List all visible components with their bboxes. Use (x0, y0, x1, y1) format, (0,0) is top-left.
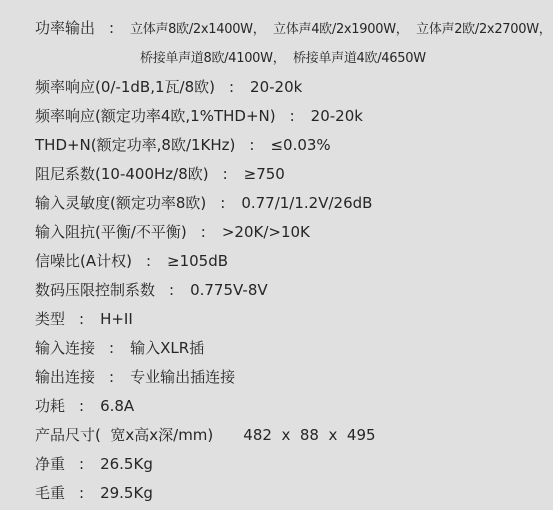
spec-row: 功率输出:立体声8欧/2x1400W， 立体声4欧/2x1900W， 立体声2欧… (35, 14, 553, 73)
spec-separator: : (290, 107, 295, 125)
spec-label: 信噪比(A计权) (35, 252, 132, 270)
spec-value: ≤0.03% (270, 136, 330, 154)
spec-row: 产品尺寸( 宽x高x深/mm)482 x 88 x 495 (35, 421, 553, 450)
spec-row: 阻尼系数(10-400Hz/8欧):≥750 (35, 160, 553, 189)
spec-separator: : (146, 252, 151, 270)
spec-row: 输入连接:输入XLR插 (35, 334, 553, 363)
spec-value: 26.5Kg (100, 455, 153, 473)
spec-value: 6.8A (100, 397, 134, 415)
spec-separator: : (79, 455, 84, 473)
spec-separator: : (223, 165, 228, 183)
spec-separator: : (249, 136, 254, 154)
spec-label: 数码压限控制系数 (35, 281, 155, 299)
spec-value: ≥750 (244, 165, 285, 183)
spec-separator: : (79, 310, 84, 328)
spec-separator: : (109, 339, 114, 357)
spec-label: 功率输出 (35, 19, 95, 37)
spec-row: 频率响应(额定功率4欧,1%THD+N):20-20k (35, 102, 553, 131)
spec-row: 类型:H+II (35, 305, 553, 334)
spec-separator: : (109, 19, 114, 37)
spec-row: 数码压限控制系数:0.775V-8V (35, 276, 553, 305)
spec-value: 20-20k (250, 78, 302, 96)
spec-row: 信噪比(A计权):≥105dB (35, 247, 553, 276)
spec-label: 输入连接 (35, 339, 95, 357)
spec-separator: : (79, 484, 84, 502)
spec-separator: : (79, 397, 84, 415)
spec-label: 净重 (35, 455, 65, 473)
spec-label: 产品尺寸( 宽x高x深/mm) (35, 426, 213, 444)
spec-label: 输入阻抗(平衡/不平衡) (35, 223, 187, 241)
spec-label: THD+N(额定功率,8欧/1KHz) (35, 136, 235, 154)
spec-value: 20-20k (311, 107, 363, 125)
spec-row: 输入灵敏度(额定功率8欧):0.77/1/1.2V/26dB (35, 189, 553, 218)
spec-label: 毛重 (35, 484, 65, 502)
spec-value: 482 x 88 x 495 (243, 426, 375, 444)
spec-separator: : (201, 223, 206, 241)
spec-value: >20K/>10K (222, 223, 310, 241)
spec-label: 频率响应(0/-1dB,1瓦/8欧) (35, 78, 215, 96)
spec-value: H+II (100, 310, 133, 328)
spec-label: 频率响应(额定功率4欧,1%THD+N) (35, 107, 276, 125)
spec-value: 29.5Kg (100, 484, 153, 502)
spec-label: 功耗 (35, 397, 65, 415)
spec-row: 净重:26.5Kg (35, 450, 553, 479)
spec-value: ≥105dB (167, 252, 228, 270)
spec-separator: : (229, 78, 234, 96)
spec-value: 立体声8欧/2x1400W， 立体声4欧/2x1900W， 立体声2欧/2x27… (130, 22, 551, 37)
spec-row: 毛重:29.5Kg (35, 479, 553, 508)
spec-sheet: 功率输出:立体声8欧/2x1400W， 立体声4欧/2x1900W， 立体声2欧… (0, 0, 553, 508)
spec-row: 功耗:6.8A (35, 392, 553, 421)
spec-value: 输入XLR插 (130, 339, 204, 357)
spec-separator: : (169, 281, 174, 299)
spec-label: 阻尼系数(10-400Hz/8欧) (35, 165, 209, 183)
spec-label: 类型 (35, 310, 65, 328)
spec-separator: : (109, 368, 114, 386)
spec-row: 输入阻抗(平衡/不平衡):>20K/>10K (35, 218, 553, 247)
spec-value: 0.775V-8V (190, 281, 268, 299)
spec-row: 频率响应(0/-1dB,1瓦/8欧):20-20k (35, 73, 553, 102)
spec-value: 专业输出插连接 (130, 368, 235, 386)
spec-label: 输入灵敏度(额定功率8欧) (35, 194, 206, 212)
spec-value: 0.77/1/1.2V/26dB (241, 194, 372, 212)
spec-label: 输出连接 (35, 368, 95, 386)
spec-row: 输出连接:专业输出插连接 (35, 363, 553, 392)
spec-value-continuation: 桥接单声道8欧/4100W， 桥接单声道4欧/4650W (140, 44, 553, 73)
spec-row: THD+N(额定功率,8欧/1KHz):≤0.03% (35, 131, 553, 160)
spec-separator: : (220, 194, 225, 212)
